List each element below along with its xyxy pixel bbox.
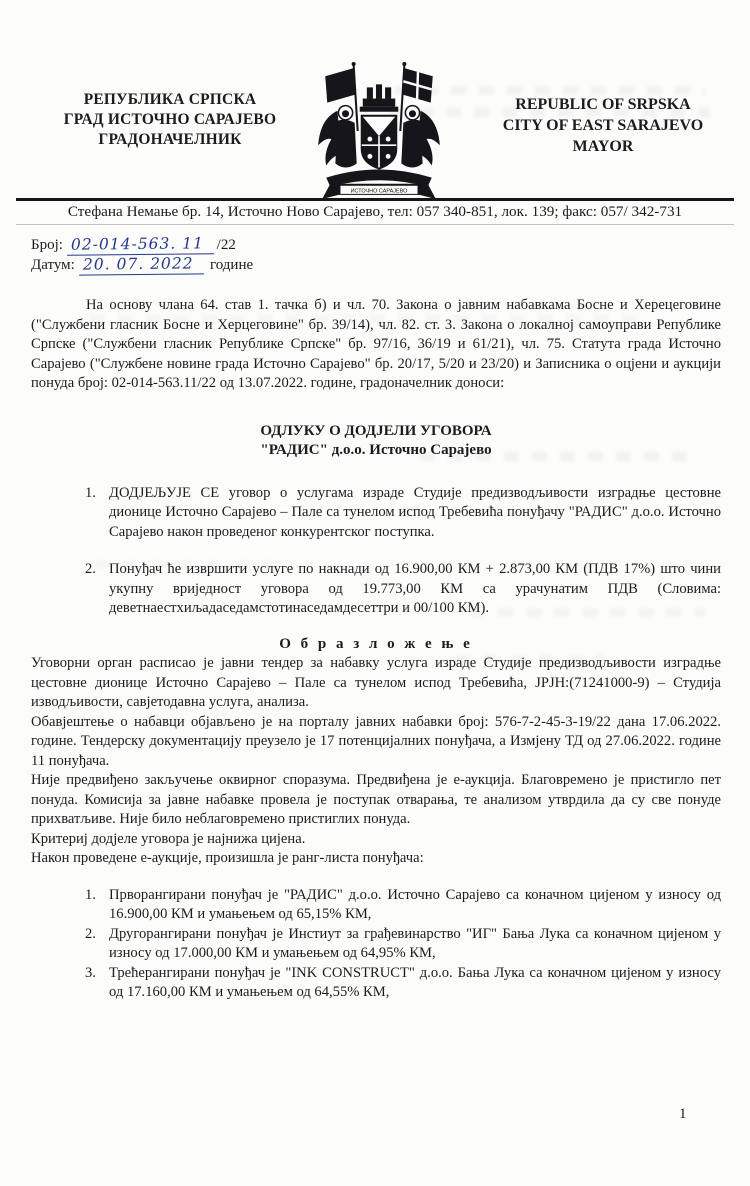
document-body: На основу члана 64. став 1. тачка б) и ч… xyxy=(31,296,721,1003)
reference-date-label: Датум: xyxy=(31,257,75,273)
coat-of-arms-icon: ИСТОЧНО САРАЈЕВО xyxy=(316,60,442,202)
reference-number-handwritten: 02-014-563. 11 xyxy=(67,234,214,256)
header-english-line2: CITY OF EAST SARAJEVO xyxy=(478,115,728,136)
ranking-item: 2. Другорангирани понуђач је Инстиут за … xyxy=(85,925,721,964)
ranking-item-text: Прворангирани понуђач је "РАДИС" д.о.о. … xyxy=(109,886,721,925)
address-line: Стефана Немање бр. 14, Источно Ново Сара… xyxy=(0,203,750,221)
ranking-item-number: 1. xyxy=(85,886,109,925)
rationale-paragraph: Обавјештење о набавци објављено је на по… xyxy=(31,713,721,772)
header-cyrillic-line3: ГРАДОНАЧЕЛНИК xyxy=(50,130,290,150)
reference-date-line: Датум: 20. 07. 2022 године xyxy=(31,255,253,275)
decision-item: 2. Понуђач ће извршити услуге по накнади… xyxy=(85,560,721,619)
decision-item-number: 2. xyxy=(85,560,109,619)
ranking-item-number: 2. xyxy=(85,925,109,964)
header-cyrillic-line1: РЕПУБЛИКА СРПСКА xyxy=(50,90,290,110)
ranking-intro: Након проведене е-аукције, произишла је … xyxy=(31,849,721,869)
header-cyrillic-block: РЕПУБЛИКА СРПСКА ГРАД ИСТОЧНО САРАЈЕВО Г… xyxy=(50,90,290,150)
ranking-item-text: Трећерангирани понуђач је "INK CONSTRUCT… xyxy=(109,964,721,1003)
ranking-item: 1. Прворангирани понуђач је "РАДИС" д.о.… xyxy=(85,886,721,925)
decision-title: ОДЛУКУ О ДОДЈЕЛИ УГОВОРА "РАДИС" д.о.о. … xyxy=(31,422,721,460)
decision-title-line2: "РАДИС" д.о.о. Источно Сарајево xyxy=(31,441,721,460)
reference-number-line: Број: 02-014-563. 11/22 xyxy=(31,235,253,255)
decision-item-text: Понуђач ће извршити услуге по накнади од… xyxy=(109,560,721,619)
reference-block: Број: 02-014-563. 11/22 Датум: 20. 07. 2… xyxy=(31,235,253,275)
ranking-item: 3. Трећерангирани понуђач је "INK CONSTR… xyxy=(85,964,721,1003)
header-english-block: REPUBLIC OF SRPSKA CITY OF EAST SARAJEVO… xyxy=(478,94,728,157)
decision-item: 1. ДОДЈЕЉУЈЕ СЕ уговор о услугама израде… xyxy=(85,484,721,543)
decision-item-number: 1. xyxy=(85,484,109,543)
header-english-line3: MAYOR xyxy=(478,136,728,157)
reference-number-label: Број: xyxy=(31,237,63,253)
reference-number-suffix: /22 xyxy=(217,237,236,253)
ranking-item-text: Другорангирани понуђач је Инстиут за гра… xyxy=(109,925,721,964)
page-number: 1 xyxy=(679,1106,687,1123)
decision-item-text: ДОДЈЕЉУЈЕ СЕ уговор о услугама израде Ст… xyxy=(109,484,721,543)
document-page: РЕПУБЛИКА СРПСКА ГРАД ИСТОЧНО САРАЈЕВО Г… xyxy=(0,0,750,1186)
reference-date-suffix: године xyxy=(210,257,253,273)
rationale-paragraph: Уговорни орган расписао је јавни тендер … xyxy=(31,654,721,713)
header-english-line1: REPUBLIC OF SRPSKA xyxy=(478,94,728,115)
rationale-paragraph: Критериј додјеле уговора је најнижа ције… xyxy=(31,830,721,850)
decision-items-list: 1. ДОДЈЕЉУЈЕ СЕ уговор о услугама израде… xyxy=(31,484,721,619)
reference-date-handwritten: 20. 07. 2022 xyxy=(78,254,203,275)
emblem-caption: ИСТОЧНО САРАЈЕВО xyxy=(351,188,408,194)
ranking-item-number: 3. xyxy=(85,964,109,1003)
header-rule-thick xyxy=(16,198,734,201)
rationale-heading: О б р а з л о ж е њ е xyxy=(31,635,721,655)
decision-title-line1: ОДЛУКУ О ДОДЈЕЛИ УГОВОРА xyxy=(31,422,721,441)
rationale-paragraph: Није предвиђено закључење оквирног спора… xyxy=(31,771,721,830)
preamble-paragraph: На основу члана 64. став 1. тачка б) и ч… xyxy=(31,296,721,394)
header-rule-thin xyxy=(16,224,734,225)
ranking-list: 1. Прворангирани понуђач је "РАДИС" д.о.… xyxy=(31,886,721,1003)
header-cyrillic-line2: ГРАД ИСТОЧНО САРАЈЕВО xyxy=(50,110,290,130)
